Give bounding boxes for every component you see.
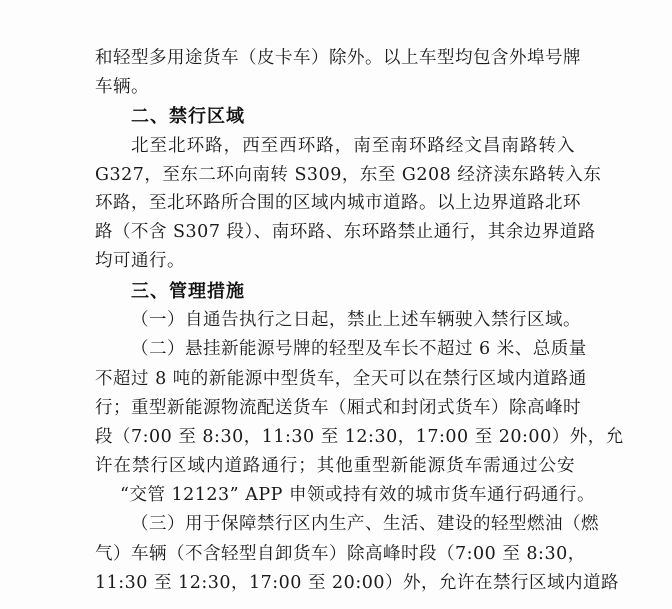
section-heading-management-measures: 三、管理措施	[131, 277, 245, 306]
paragraph-line: 环路，至北环路所合围的区域内城市道路。以上边界道路北环	[95, 189, 575, 218]
document-page: 和轻型多用途货车（皮卡车）除外。以上车型均包含外埠号牌 车辆。 二、禁行区域 北…	[0, 0, 672, 609]
paragraph-line: （三）用于保障禁行区内生产、生活、建设的轻型燃油（燃	[131, 510, 575, 539]
paragraph-line: 和轻型多用途货车（皮卡车）除外。以上车型均包含外埠号牌	[95, 44, 575, 73]
paragraph-line: G327，至东二环向南转 S309，东至 G208 经济渎东路转入东	[95, 161, 575, 190]
paragraph-line: 车辆。	[95, 73, 575, 102]
paragraph-line: 北至北环路，西至西环路，南至南环路经文昌南路转入	[131, 132, 575, 161]
paragraph-line: 均可通行。	[95, 247, 575, 276]
paragraph-line: 气）车辆（不含轻型自卸货车）除高峰时段（7:00 至 8:30，	[95, 540, 575, 569]
paragraph-line: 不超过 8 吨的新能源中型货车，全天可以在禁行区域内道路通	[95, 365, 575, 394]
paragraph-line: 段（7:00 至 8:30，11:30 至 12:30，17:00 至 20:0…	[95, 423, 575, 452]
paragraph-line: 路（不含 S307 段）、南环路、东环路禁止通行，其余边界道路	[95, 218, 575, 247]
paragraph-line: 许在禁行区域内道路通行；其他重型新能源货车需通过公安	[95, 452, 575, 481]
paragraph-line: 11:30 至 12:30，17:00 至 20:00）外，允许在禁行区域内道路	[95, 569, 575, 598]
paragraph-line: “交管 12123” APP 申领或持有效的城市货车通行码通行。	[120, 481, 564, 510]
paragraph-line: （二）悬挂新能源号牌的轻型及车长不超过 6 米、总质量	[131, 335, 575, 364]
paragraph-line: （一）自通告执行之日起，禁止上述车辆驶入禁行区域。	[131, 306, 575, 335]
paragraph-line: 行；重型新能源物流配送货车（厢式和封闭式货车）除高峰时	[95, 394, 575, 423]
section-heading-restricted-area: 二、禁行区域	[131, 102, 245, 131]
